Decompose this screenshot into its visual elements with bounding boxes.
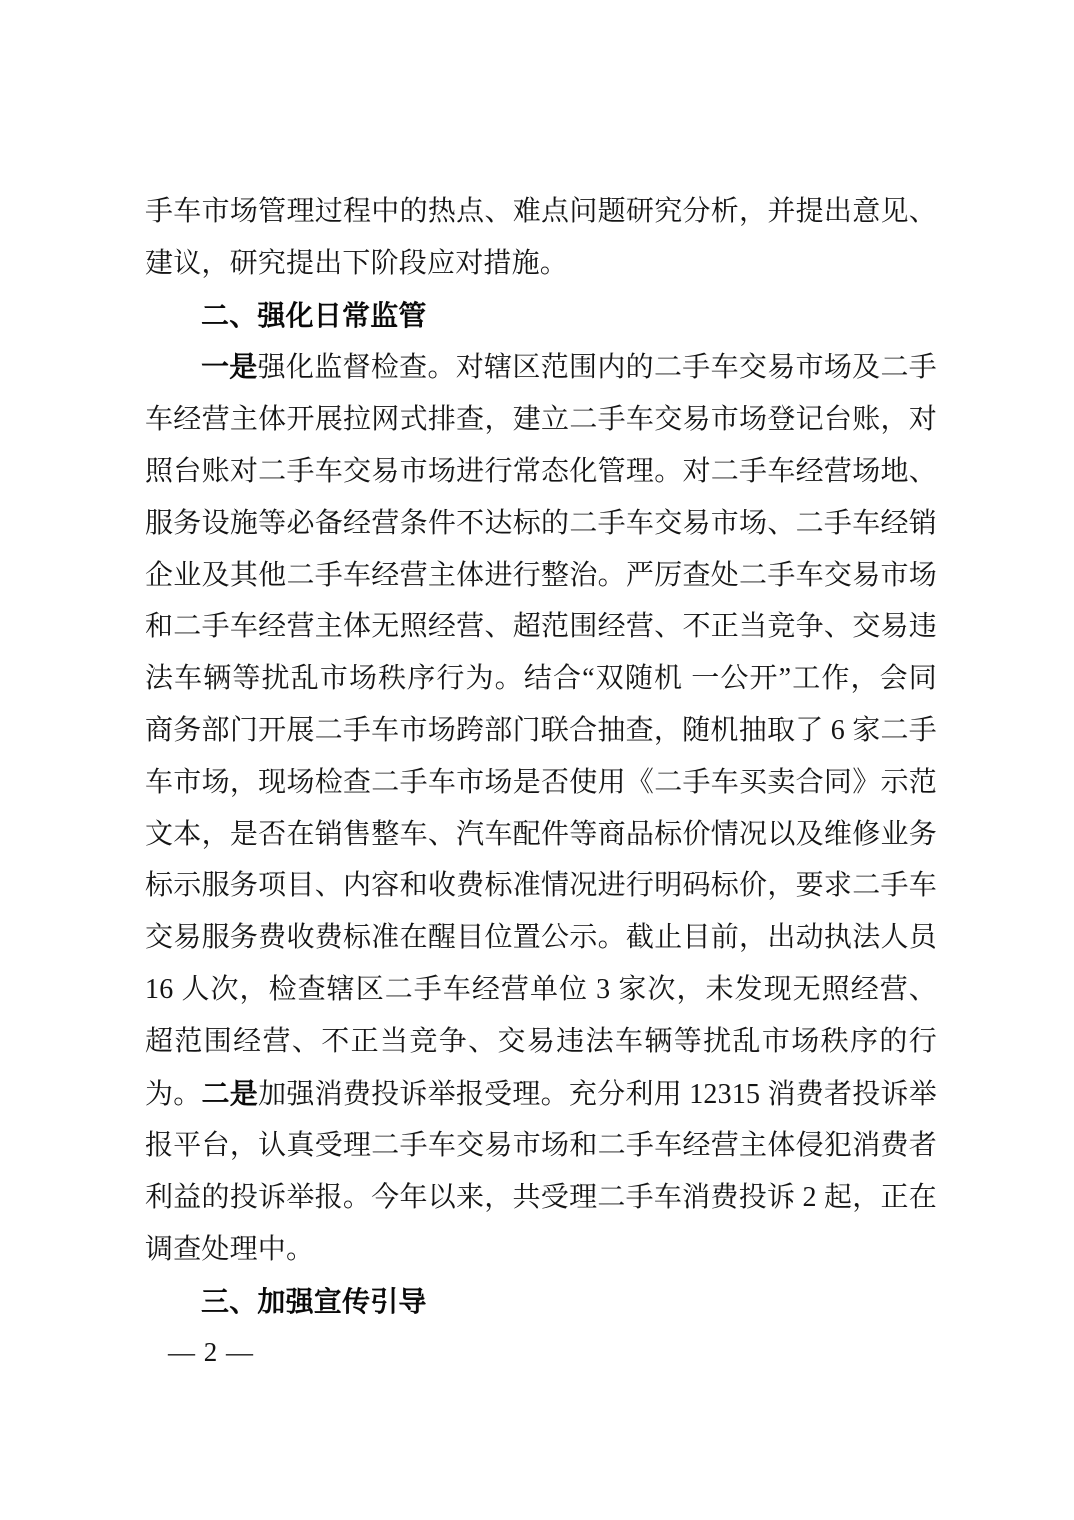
paragraph-section-2: 一是强化监督检查。对辖区范围内的二手车交易市场及二手车经营主体开展拉网式排查，建… <box>145 341 937 1275</box>
body-run-first: 强化监督检查。对辖区范围内的二手车交易市场及二手车经营主体开展拉网式排查，建立二… <box>145 352 937 1109</box>
paragraph-continuation: 手车市场管理过程中的热点、难点问题研究分析，并提出意见、建议，研究提出下阶段应对… <box>145 186 937 290</box>
heading-section-2: 二、强化日常监管 <box>145 290 937 342</box>
page-number: — 2 — <box>168 1337 254 1368</box>
heading-section-3: 三、加强宣传引导 <box>145 1276 937 1328</box>
lead-run-first: 一是 <box>201 351 258 382</box>
text-block: 手车市场管理过程中的热点、难点问题研究分析，并提出意见、建议，研究提出下阶段应对… <box>145 186 937 1328</box>
document-page: 手车市场管理过程中的热点、难点问题研究分析，并提出意见、建议，研究提出下阶段应对… <box>0 0 1074 1520</box>
lead-run-second: 二是 <box>202 1078 259 1109</box>
body-run-second: 加强消费投诉举报受理。充分利用 12315 消费者投诉举报平台，认真受理二手车交… <box>145 1079 937 1265</box>
